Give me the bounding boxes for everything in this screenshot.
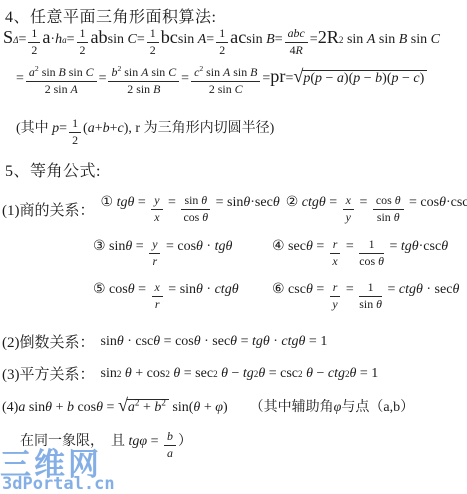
reciprocal-relation-row: (2)倒数关系： sinθ · cscθ = cosθ · secθ = tgθ… [2, 331, 327, 352]
formula-sec: ④ secθ = rx = 1cos θ = tgθ·cscθ [272, 238, 448, 268]
formula-tg-quotient: ① tgθ = yx = sin θcos θ = sinθ·secθ [101, 194, 280, 224]
formula-auxiliary-angle: (4)a sinθ + b cosθ = √a2 + b2 sin(θ + φ) [2, 396, 228, 416]
auxiliary-angle-note: （其中辅助角φ与点（a,b） [250, 396, 414, 416]
formula-sin: ③ sinθ = yr = cosθ · tgθ [93, 238, 232, 268]
square-relation-label: (3)平方关系： [2, 363, 95, 384]
quotient-relation-label: (1)商的关系： [2, 199, 95, 220]
formula-cos: ⑤ cosθ = xr = sinθ · ctgθ [93, 281, 239, 311]
semiperimeter-note: (其中 p=12(a+b+c), r 为三角形内切圆半径) [16, 117, 274, 147]
formula-square: sin2 θ + cos2 θ = sec2 θ − tg2θ = csc2 θ… [101, 366, 379, 382]
reciprocal-relation-label: (2)倒数关系： [2, 331, 95, 352]
section4-title: 4、任意平面三角形面积算法: [5, 4, 216, 27]
formula-csc: ⑥ cscθ = ry = 1sin θ = ctgθ · secθ [272, 281, 459, 311]
formula-ctg-quotient: ② ctgθ = xy = cos θsin θ = cosθ·cscθ [286, 194, 467, 224]
section5-title: 5、等角公式: [5, 158, 101, 181]
auxiliary-angle-row: (4)a sinθ + b cosθ = √a2 + b2 sin(θ + φ)… [2, 396, 414, 416]
quotient-relation-row: (1)商的关系： ① tgθ = yx = sin θcos θ = sinθ·… [2, 194, 467, 224]
square-relation-row: (3)平方关系： sin2 θ + cos2 θ = sec2 θ − tg2θ… [2, 363, 378, 384]
document-page: 4、任意平面三角形面积算法: SΔ=12a·ha=12absin C=12bcs… [0, 0, 467, 494]
formula-reciprocal: sinθ · cscθ = cosθ · secθ = tgθ · ctgθ =… [101, 334, 328, 350]
area-formula-row2: =a2 sin B sin C2 sin A=b2 sin A sin C2 s… [16, 66, 427, 96]
watermark-site-url: 3dPortal.cn [2, 474, 115, 494]
area-formula-row1: SΔ=12a·ha=12absin C=12bcsin A=12acsin B=… [3, 27, 440, 57]
